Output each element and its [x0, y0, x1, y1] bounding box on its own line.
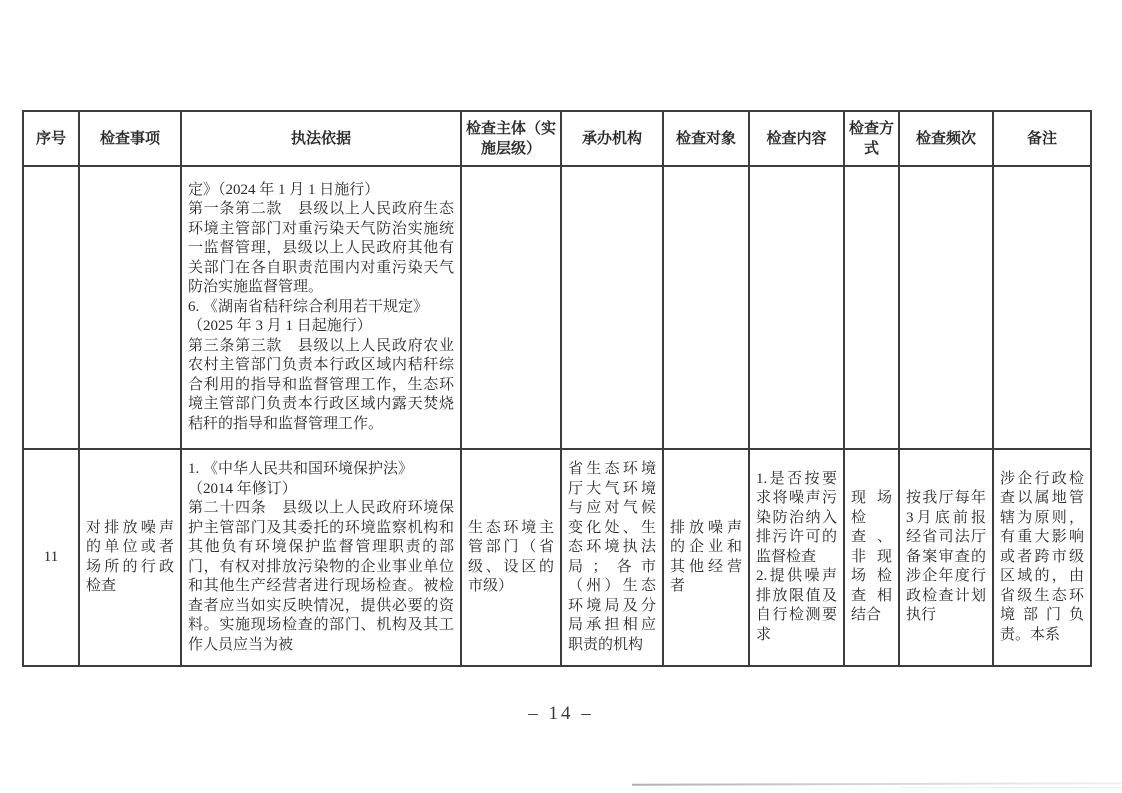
header-legal-basis: 执法依据 — [181, 111, 461, 166]
header-inspection-frequency: 检查频次 — [899, 111, 993, 166]
cell-inspection-subject: 生态环境主管部门（省级、设区的市级） — [461, 449, 561, 666]
cell-inspection-frequency — [899, 166, 993, 449]
scan-artifact-line — [632, 782, 1122, 785]
cell-inspection-content — [749, 166, 844, 449]
table-row-11: 11 对排放噪声的单位或者场所的行政检查 1. 《中华人民共和国环境保护法》 （… — [23, 449, 1091, 666]
cell-inspection-target: 排放噪声的企业和其他经营者 — [663, 449, 749, 666]
header-handling-agency: 承办机构 — [561, 111, 663, 166]
inspection-items-table: 序号 检查事项 执法依据 检查主体（实施层级） 承办机构 检查对象 检查内容 检… — [22, 110, 1092, 667]
cell-inspection-frequency: 按我厅每年3月底前报经省司法厅备案审查的涉企年度行政检查计划执行 — [899, 449, 993, 666]
table-header-row: 序号 检查事项 执法依据 检查主体（实施层级） 承办机构 检查对象 检查内容 检… — [23, 111, 1091, 166]
cell-remarks — [993, 166, 1091, 449]
cell-inspection-method: 现场检查、非现场检查相结合 — [844, 449, 899, 666]
table-row-continuation: 定》（2024 年 1 月 1 日施行） 第一条第二款 县级以上人民政府生态环境… — [23, 166, 1091, 449]
cell-legal-basis: 1. 《中华人民共和国环境保护法》 （2014 年修订） 第二十四条 县级以上人… — [181, 449, 461, 666]
header-inspection-target: 检查对象 — [663, 111, 749, 166]
cell-inspection-method — [844, 166, 899, 449]
cell-seq — [23, 166, 79, 449]
cell-handling-agency: 省生态环境厅大气环境与应对气候变化处、生态环境执法局；各市（州）生态环境局及分局… — [561, 449, 663, 666]
page-number: – 14 – — [0, 703, 1122, 725]
header-seq: 序号 — [23, 111, 79, 166]
cell-inspection-target — [663, 166, 749, 449]
header-inspection-method: 检查方式 — [844, 111, 899, 166]
cell-legal-basis: 定》（2024 年 1 月 1 日施行） 第一条第二款 县级以上人民政府生态环境… — [181, 166, 461, 449]
cell-inspection-content: 1.是否按要求将噪声污染防治纳入排污许可的监督检查 2.提供噪声排放限值及自行检… — [749, 449, 844, 666]
scan-artifact-line — [900, 787, 1122, 788]
cell-inspection-item — [79, 166, 181, 449]
header-inspection-content: 检查内容 — [749, 111, 844, 166]
header-remarks: 备注 — [993, 111, 1091, 166]
cell-handling-agency — [561, 166, 663, 449]
header-inspection-subject: 检查主体（实施层级） — [461, 111, 561, 166]
header-inspection-item: 检查事项 — [79, 111, 181, 166]
cell-remarks: 涉企行政检查以属地管辖为原则，有重大影响或者跨市级区域的，由省级生态环境部门负责… — [993, 449, 1091, 666]
cell-inspection-subject — [461, 166, 561, 449]
cell-seq: 11 — [23, 449, 79, 666]
cell-inspection-item: 对排放噪声的单位或者场所的行政检查 — [79, 449, 181, 666]
